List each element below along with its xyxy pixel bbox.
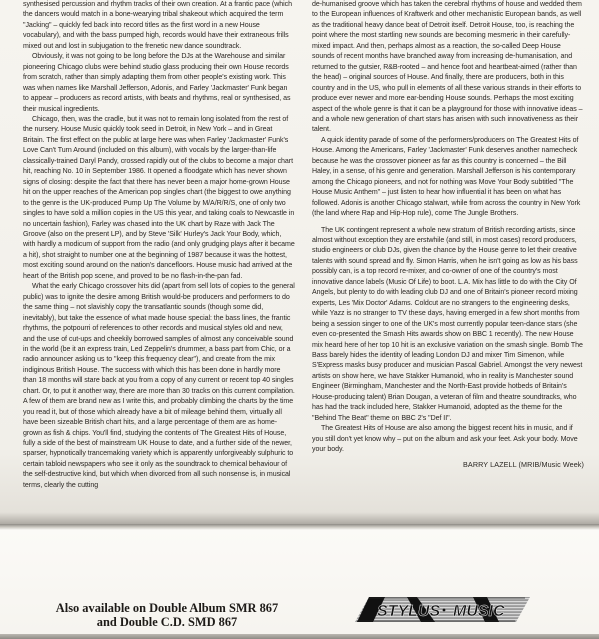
paragraph: The Greatest Hits of House are also amon… [312, 424, 584, 455]
paragraph: A quick identity parade of some of the p… [312, 136, 584, 220]
liner-notes-page: synthesised percussion and rhythm tracks… [0, 0, 599, 528]
left-text-column: synthesised percussion and rhythm tracks… [23, 0, 295, 491]
paragraph: The UK contingent represent a whole new … [312, 226, 584, 425]
page-fold [0, 634, 599, 639]
also-available-line: Also available on Double Album SMR 867 [36, 602, 298, 616]
stylus-music-logo: STYLUS MUSIC [355, 595, 530, 624]
also-available-line: and Double C.D. SMD 867 [36, 616, 298, 630]
paragraph: Obviously, it was not going to be long b… [23, 52, 295, 115]
logo-text-stylus: STYLUS [377, 603, 440, 620]
right-text-column: de-humanised groove which has taken the … [312, 0, 584, 471]
stylus-music-logo-icon: STYLUS MUSIC [355, 595, 530, 624]
paragraph: de-humanised groove which has taken the … [312, 0, 584, 136]
paragraph: synthesised percussion and rhythm tracks… [23, 0, 295, 52]
paragraph: Chicago, then, was the cradle, but it wa… [23, 115, 295, 282]
logo-text-music: MUSIC [453, 603, 505, 620]
paragraph: What the early Chicago crossover hits di… [23, 282, 295, 491]
also-available-notice: Also available on Double Album SMR 867 a… [36, 602, 298, 629]
author-signature: BARRY LAZELL (MRIB/Music Week) [312, 460, 584, 470]
